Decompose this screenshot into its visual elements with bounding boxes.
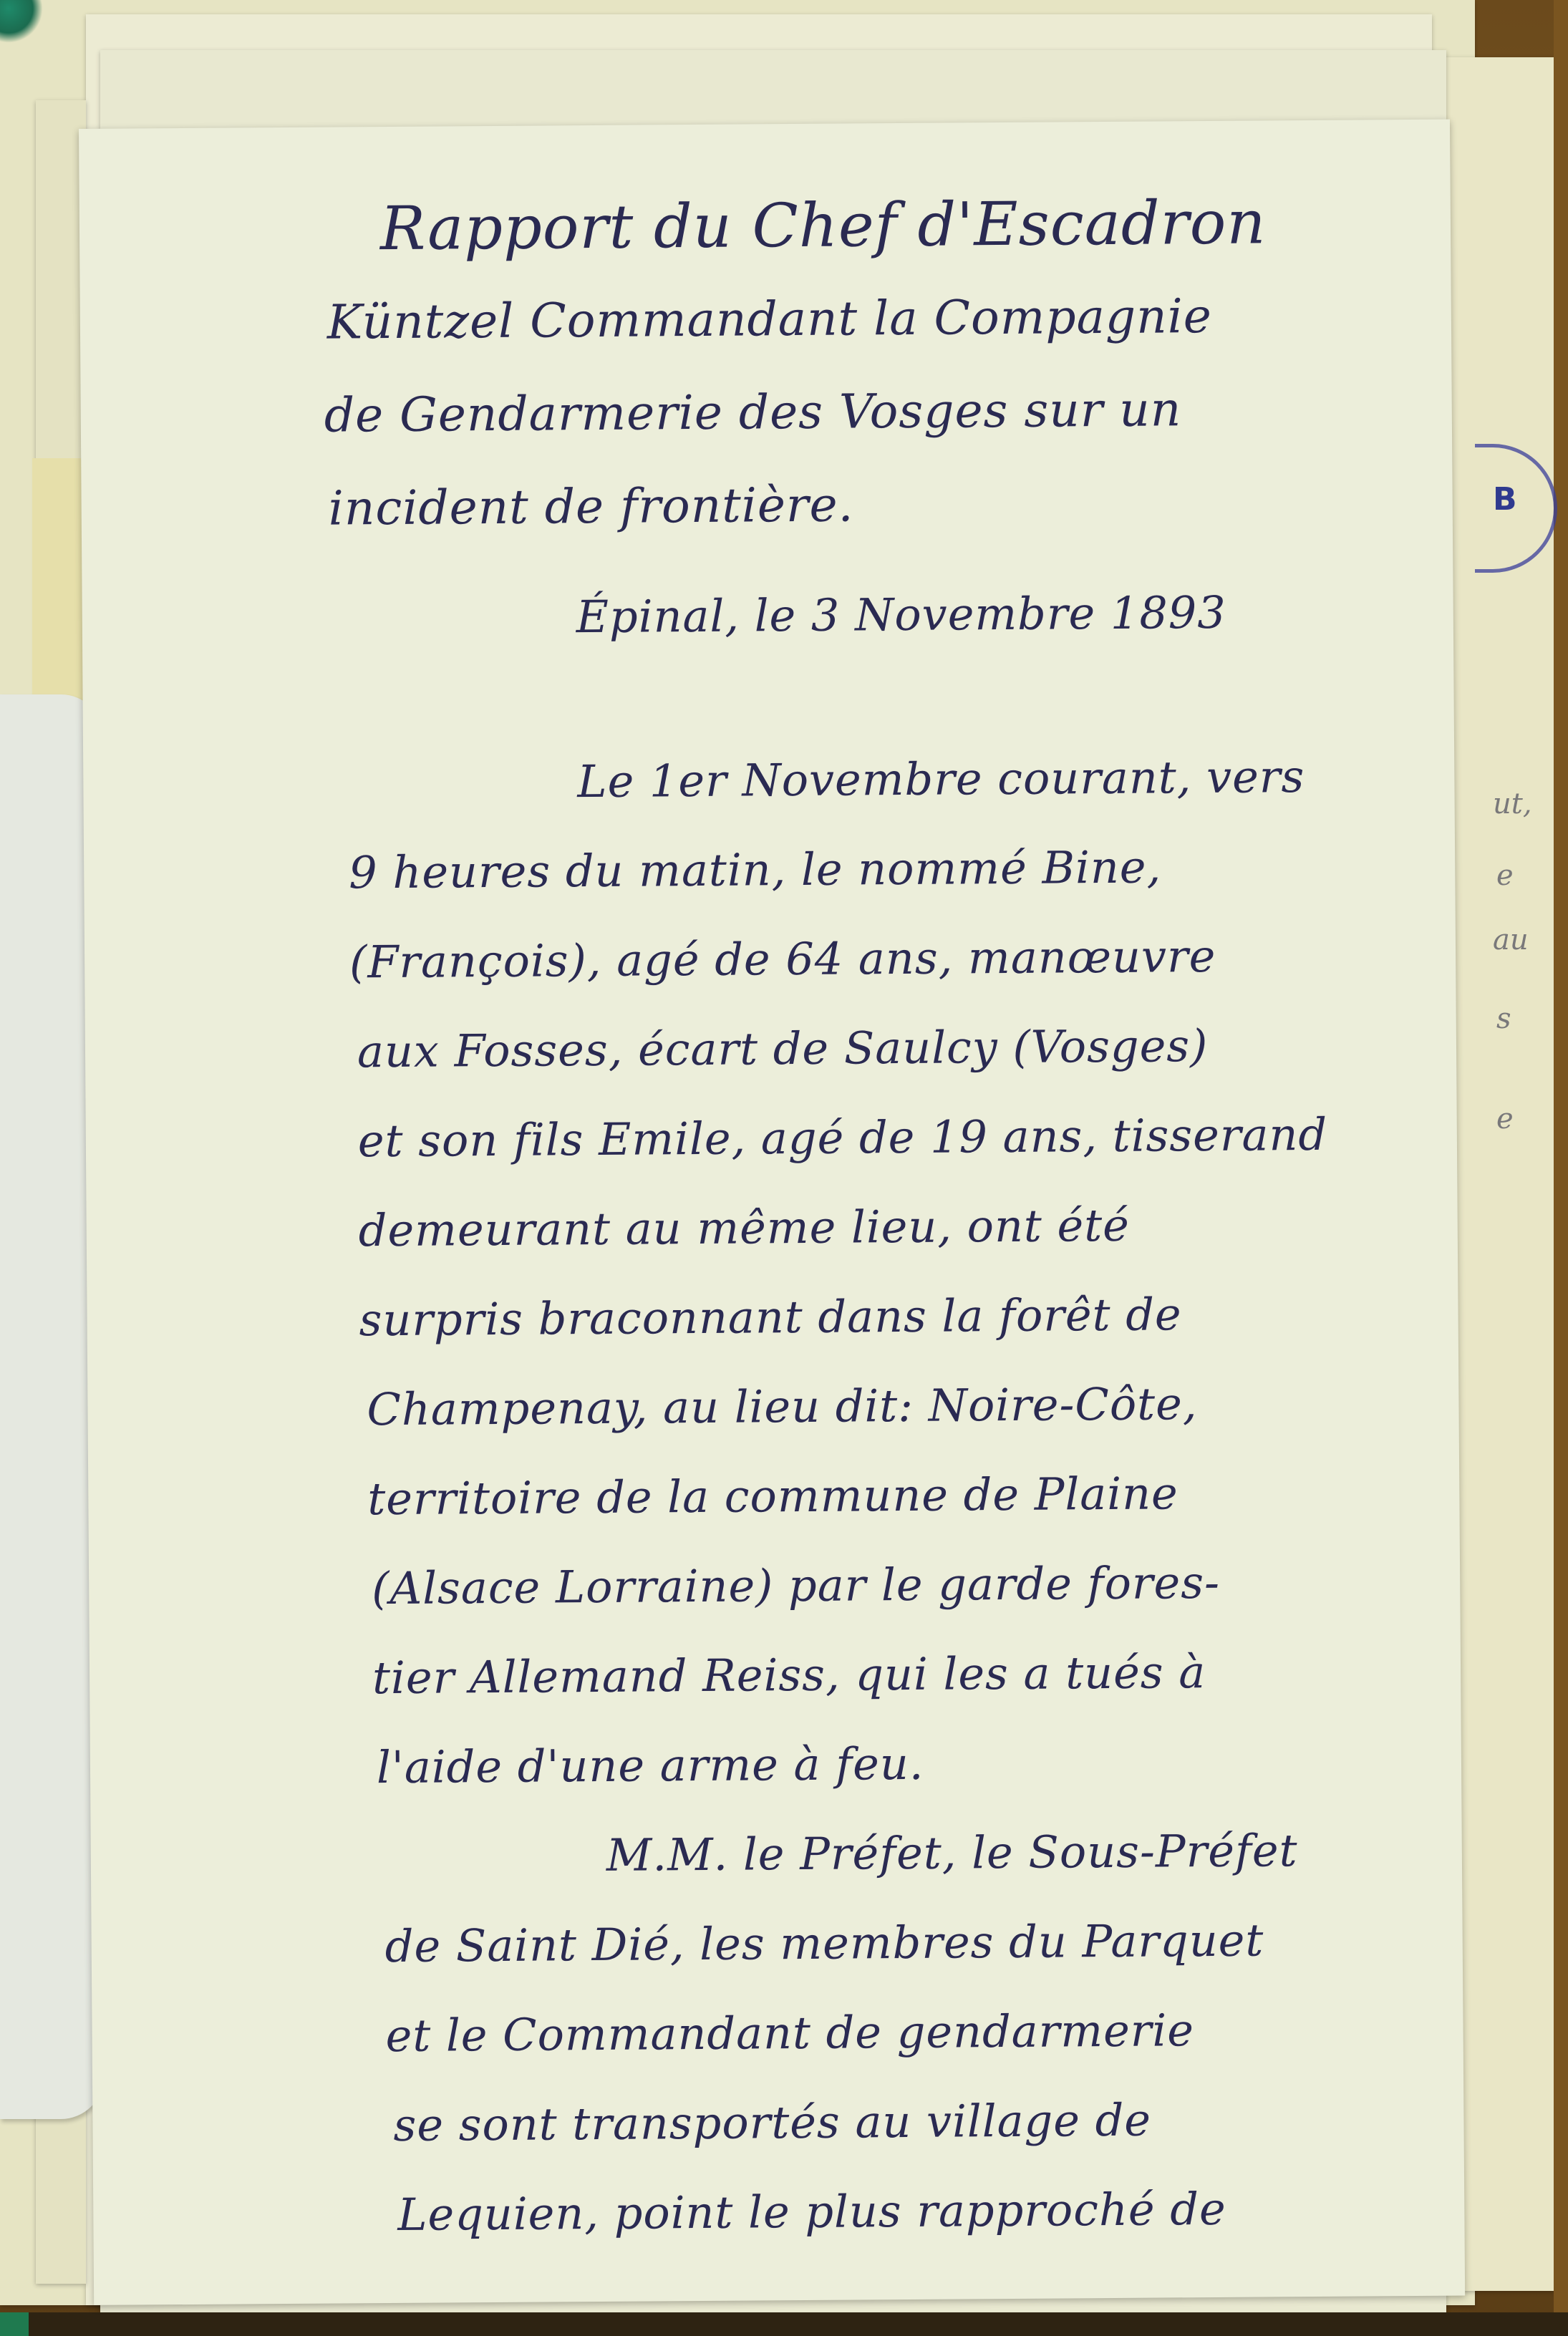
body-line: Le 1er Novembre courant, vers [577,750,1305,808]
margin-fragment: au [1493,924,1529,956]
body-line: et son fils Emile, agé de 19 ans, tisser… [358,1108,1328,1167]
desk-edge [1554,0,1568,2336]
margin-fragment: e [1496,859,1514,892]
body-line: M.M. le Préfet, le Sous-Préfet [606,1824,1298,1881]
title-line: Küntzel Commandant la Compagnie [327,293,1212,346]
desk-bottom [0,2312,1568,2336]
margin-fragment: ut, [1493,787,1532,820]
stamp-mark: B [1493,481,1517,518]
body-line: (Alsace Lorraine) par le garde fores- [372,1556,1220,1614]
margin-fragment: s [1496,1002,1511,1035]
title-line: incident de frontière. [328,481,853,532]
body-line: se sont transportés au village de [393,2094,1151,2151]
body-line: l'aide d'une arme à feu. [377,1738,924,1793]
title-line: de Gendarmerie des Vosges sur un [324,386,1182,439]
body-line: 9 heures du matin, le nommé Bine, [349,840,1161,898]
title-line: Rapport du Chef d'Escadron [380,192,1267,258]
body-line: territoire de la commune de Plaine [367,1467,1179,1525]
green-ribbon-bottom [0,2312,29,2336]
body-line: demeurant au même lieu, ont été [358,1199,1130,1257]
body-line: Lequien, point le plus rapproché de [397,2183,1226,2241]
letter-sheet: Rapport du Chef d'Escadron Küntzel Comma… [79,120,1465,2305]
margin-fragment: e [1496,1102,1514,1135]
body-line: surpris braconnant dans la forêt de [359,1288,1181,1346]
body-line: tier Allemand Reiss, qui les a tués à [372,1646,1206,1704]
date-line: Épinal, le 3 Novembre 1893 [576,586,1226,643]
body-line: de Saint Dié, les membres du Parquet [384,1914,1264,1973]
body-line: aux Fosses, écart de Saulcy (Vosges) [357,1019,1209,1077]
body-line: et le Commandant de gendarmerie [385,2004,1194,2062]
body-line: (François), agé de 64 ans, manœuvre [349,930,1216,988]
body-line: Champenay, au lieu dit: Noire-Côte, [367,1377,1197,1435]
green-ribbon [0,0,43,43]
